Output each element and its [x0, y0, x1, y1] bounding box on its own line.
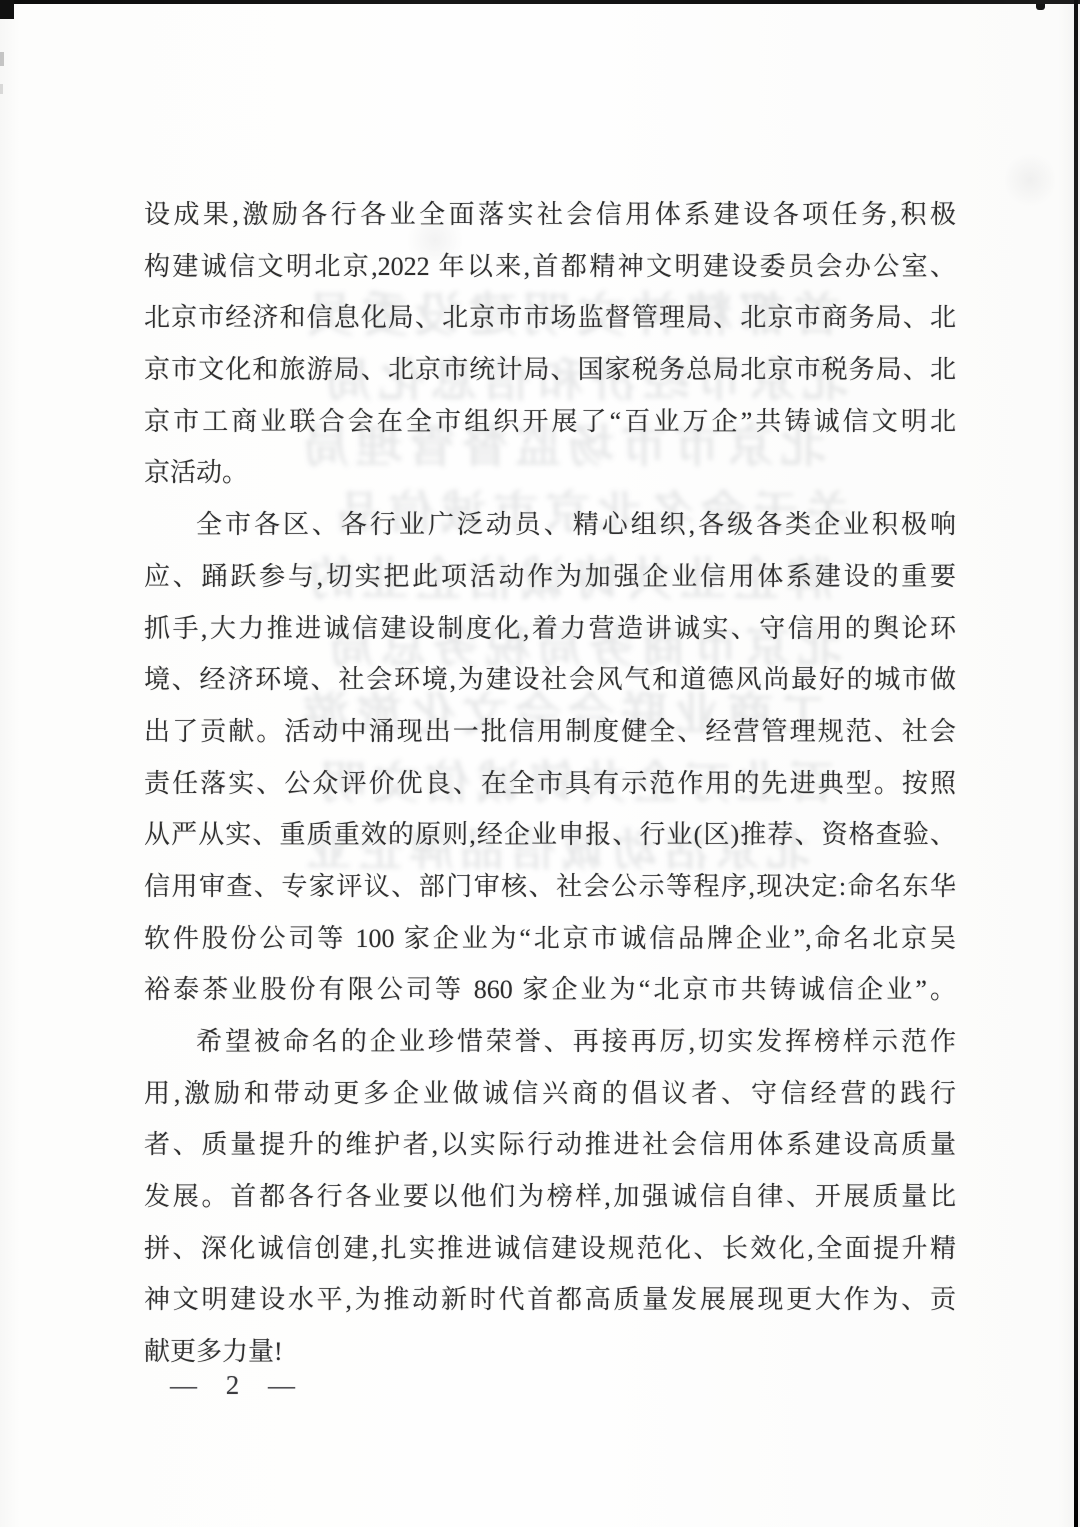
page-number-label: — 2 —: [170, 1370, 301, 1400]
scan-left-mark: [0, 84, 3, 94]
text-line: 神文明建设水平,为推动新时代首都高质量发展展现更大作为、贡: [144, 1274, 956, 1326]
text-line: 应、踊跃参与,切实把此项活动作为加强企业信用体系建设的重要: [144, 551, 956, 603]
text-line: 拼、深化诚信创建,扎实推进诚信建设规范化、长效化,全面提升精: [144, 1223, 956, 1275]
text-line: 发展。首都各行各业要以他们为榜样,加强诚信自律、开展质量比: [144, 1171, 956, 1223]
text-line: 从严从实、重质重效的原则,经企业申报、行业(区)推荐、资格查验、: [144, 809, 956, 861]
text-line: 抓手,大力推进诚信建设制度化,着力营造讲诚实、守信用的舆论环: [144, 603, 956, 655]
text-line: 用,激励和带动更多企业做诚信兴商的倡议者、守信经营的践行: [144, 1068, 956, 1120]
scan-corner-mark: [0, 0, 14, 19]
text-line: 构建诚信文明北京,2022 年以来,首都精神文明建设委员会办公室、: [144, 241, 956, 293]
text-line: 京活动。: [144, 447, 956, 499]
text-line: 出了贡献。活动中涌现出一批信用制度健全、经营管理规范、社会: [144, 706, 956, 758]
document-body: 设成果,激励各行各业全面落实社会信用体系建设各项任务,积极构建诚信文明北京,20…: [144, 189, 956, 1378]
text-line: 软件股份公司等 100 家企业为“北京市诚信品牌企业”,命名北京吴: [144, 913, 956, 965]
text-line: 裕泰茶业股份有限公司等 860 家企业为“北京市共铸诚信企业”。: [144, 964, 956, 1016]
text-line: 者、质量提升的维护者,以实际行动推进社会信用体系建设高质量: [144, 1119, 956, 1171]
text-line: 设成果,激励各行各业全面落实社会信用体系建设各项任务,积极: [144, 189, 956, 241]
text-line: 全市各区、各行业广泛动员、精心组织,各级各类企业积极响: [144, 499, 956, 551]
text-line: 京市工商业联合会在全市组织开展了“百业万企”共铸诚信文明北: [144, 396, 956, 448]
scan-edge-top: [0, 0, 1080, 4]
paper-smudge: [1005, 150, 1055, 210]
text-line: 北京市经济和信息化局、北京市市场监督管理局、北京市商务局、北: [144, 292, 956, 344]
scan-left-mark: [0, 52, 4, 66]
text-line: 责任落实、公众评价优良、在全市具有示范作用的先进典型。按照: [144, 758, 956, 810]
text-line: 境、经济环境、社会环境,为建设社会风气和道德风尚最好的城市做: [144, 654, 956, 706]
scanned-document-page: 首都精神文明建设委员北京市经济和信息化局北京市市场监督管理局关于命名北京市诚信品…: [0, 0, 1080, 1527]
text-line: 京市文化和旅游局、北京市统计局、国家税务总局北京市税务局、北: [144, 344, 956, 396]
scan-notch-mark: [1036, 4, 1045, 10]
text-line: 信用审查、专家评议、部门审核、社会公示等程序,现决定:命名东华: [144, 861, 956, 913]
text-line: 希望被命名的企业珍惜荣誉、再接再厉,切实发挥榜样示范作: [144, 1016, 956, 1068]
scan-edge-right: [1074, 0, 1078, 1527]
page-number: — 2 —: [170, 1370, 301, 1401]
